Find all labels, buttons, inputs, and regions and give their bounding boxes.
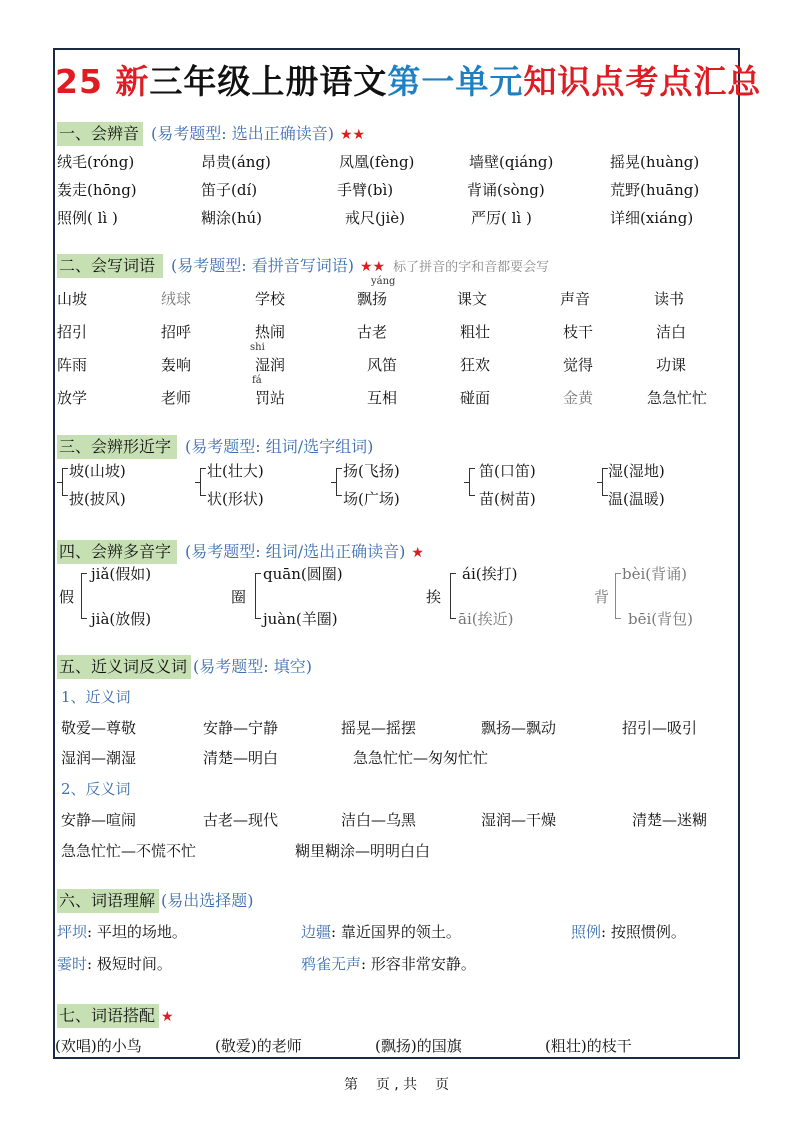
word-item: 风笛 <box>367 354 397 375</box>
title-part-year: 25 新 <box>55 62 149 101</box>
word-item: 绒毛(róng) <box>57 151 134 172</box>
title-part-summary: 知识点考点汇总 <box>523 62 761 101</box>
similar-char-item: 状(形状) <box>207 488 264 509</box>
brace-icon <box>81 573 87 619</box>
section5-header: 五、近义词反义词(易考题型: 填空) <box>57 655 312 679</box>
word-pair: 摇晃—摇摆 <box>341 717 416 738</box>
collocation-item: (粗壮)的枝干 <box>545 1035 632 1056</box>
polyphone-char: 假 <box>59 586 74 607</box>
word-pair: 湿润—干燥 <box>481 809 556 830</box>
definition-term: 鸦雀无声 <box>301 955 361 973</box>
word-item: 轰响 <box>161 354 191 375</box>
definition-term: 霎时 <box>57 955 87 973</box>
section3-hint: (易考题型: 组词/选字组词) <box>185 437 373 456</box>
polyphone-reading: jiǎ(假如) <box>91 563 151 584</box>
title-part-unit: 第一单元 <box>387 62 523 101</box>
word-item: 古老 <box>357 321 387 342</box>
section1-hint: (易考题型: 选出正确读音) <box>151 124 334 143</box>
similar-char-item: 温(温暖) <box>608 488 665 509</box>
word-item: 读书 <box>654 288 684 309</box>
brace-tick <box>57 482 63 483</box>
word-pair: 安静—喧闹 <box>61 809 136 830</box>
section7-label: 七、词语搭配 <box>57 1004 159 1028</box>
section1-header: 一、会辨音(易考题型: 选出正确读音)★★ <box>57 122 365 146</box>
word-item: 轰走(hōng) <box>57 179 137 200</box>
section2-hint: (易考题型: 看拼音写词语) <box>171 256 354 275</box>
word-item: 声音 <box>560 288 590 309</box>
collocation-item: (敬爱)的老师 <box>215 1035 302 1056</box>
section5-label: 五、近义词反义词 <box>57 655 191 679</box>
polyphone-char: 挨 <box>426 586 441 607</box>
word-item: 金黄 <box>563 387 593 408</box>
word-item: 绒球 <box>161 288 191 309</box>
section5-hint: (易考题型: 填空) <box>193 657 312 676</box>
word-item: 昂贵(áng) <box>201 151 271 172</box>
word-item: 湿润 <box>255 354 285 375</box>
section1-label: 一、会辨音 <box>57 122 143 146</box>
word-item: 严厉( lì ) <box>471 207 532 228</box>
section2-note: 标了拼音的字和音都要会写 <box>393 260 549 275</box>
pinyin-annotation: yáng <box>371 276 395 287</box>
word-pair: 敬爱—尊敬 <box>61 717 136 738</box>
section4-label: 四、会辨多音字 <box>57 540 177 564</box>
word-item: 枝干 <box>563 321 593 342</box>
section2-label: 二、会写词语 <box>57 254 163 278</box>
polyphone-reading: bèi(背诵) <box>622 563 687 584</box>
word-pair: 古老—现代 <box>203 809 278 830</box>
title-part-grade: 三年级上册语文 <box>149 62 387 101</box>
similar-char-item: 坡(山坡) <box>69 460 126 481</box>
brace-tick <box>464 482 470 483</box>
word-pair: 清楚—明白 <box>203 747 278 768</box>
polyphone-reading: āi(挨近) <box>458 608 513 629</box>
definition-term: 坪坝 <box>57 923 87 941</box>
word-item: 详细(xiáng) <box>610 207 693 228</box>
star-icon: ★ <box>161 1009 174 1025</box>
star-icon: ★ <box>411 545 424 561</box>
word-item: 罚站 <box>255 387 285 408</box>
word-item: 飘扬 <box>357 288 387 309</box>
word-item: 狂欢 <box>460 354 490 375</box>
word-item: 荒野(huāng) <box>610 179 699 200</box>
similar-char-item: 场(广场) <box>343 488 400 509</box>
word-pair: 糊里糊涂—明明白白 <box>295 840 430 861</box>
word-item: 学校 <box>255 288 285 309</box>
brace-tick <box>195 482 201 483</box>
word-pair: 洁白—乌黑 <box>341 809 416 830</box>
page-title: 25 新三年级上册语文第一单元知识点考点汇总 <box>55 56 738 103</box>
word-item: 手臂(bì) <box>337 179 393 200</box>
word-item: 洁白 <box>656 321 686 342</box>
similar-char-item: 湿(湿地) <box>608 460 665 481</box>
similar-char-item: 壮(壮大) <box>207 460 264 481</box>
polyphone-reading: jià(放假) <box>91 608 151 629</box>
word-item: 粗壮 <box>460 321 490 342</box>
definition-text: : 极短时间。 <box>87 955 172 973</box>
brace-tick <box>331 482 337 483</box>
polyphone-reading: bēi(背包) <box>628 608 693 629</box>
brace-icon <box>450 573 456 619</box>
word-item: 热闹 <box>255 321 285 342</box>
similar-char-item: 苗(树苗) <box>479 488 536 509</box>
word-pair: 急急忙忙—不慌不忙 <box>61 840 196 861</box>
word-item: 急急忙忙 <box>647 387 707 408</box>
section6-label: 六、词语理解 <box>57 889 159 913</box>
word-item: 笛子(dí) <box>201 179 257 200</box>
page-footer: 第 页 , 共 页 <box>0 1074 793 1094</box>
brace-tick <box>597 482 603 483</box>
collocation-item: (欢唱)的小鸟 <box>55 1035 142 1056</box>
word-item: 碰面 <box>460 387 490 408</box>
word-item: 功课 <box>656 354 686 375</box>
star-icon: ★★ <box>340 127 365 143</box>
definition-term: 照例 <box>571 923 601 941</box>
section6-hint: (易出选择题) <box>161 891 254 910</box>
document-frame: 25 新三年级上册语文第一单元知识点考点汇总 一、会辨音(易考题型: 选出正确读… <box>53 48 740 1059</box>
polyphone-reading: ái(挨打) <box>462 563 517 584</box>
pinyin-annotation: shi <box>250 342 265 353</box>
section4-hint: (易考题型: 组词/选出正确读音) <box>185 542 405 561</box>
section7-header: 七、词语搭配★ <box>57 1004 174 1028</box>
section4-header: 四、会辨多音字(易考题型: 组词/选出正确读音)★ <box>57 540 424 564</box>
section6-header: 六、词语理解(易出选择题) <box>57 889 254 913</box>
brace-icon <box>255 573 261 619</box>
polyphone-char: 背 <box>594 586 609 607</box>
word-pair: 清楚—迷糊 <box>632 809 707 830</box>
word-pair: 湿润—潮湿 <box>61 747 136 768</box>
word-pair: 招引—吸引 <box>622 717 697 738</box>
similar-char-item: 扬(飞扬) <box>343 460 400 481</box>
brace-icon <box>615 573 621 619</box>
word-item: 互相 <box>367 387 397 408</box>
word-item: 戒尺(jiè) <box>345 207 405 228</box>
similar-char-item: 披(披风) <box>69 488 126 509</box>
similar-char-item: 笛(口笛) <box>479 460 536 481</box>
word-item: 墙壁(qiáng) <box>469 151 553 172</box>
definition-text: : 平坦的场地。 <box>87 923 187 941</box>
word-item: 觉得 <box>563 354 593 375</box>
word-item: 背诵(sòng) <box>467 179 545 200</box>
word-item: 放学 <box>57 387 87 408</box>
star-icon: ★★ <box>360 259 385 275</box>
word-pair: 急急忙忙—匆匆忙忙 <box>353 747 488 768</box>
word-item: 招呼 <box>161 321 191 342</box>
section3-label: 三、会辨形近字 <box>57 435 177 459</box>
word-item: 老师 <box>161 387 191 408</box>
word-pair: 安静—宁静 <box>203 717 278 738</box>
word-item: 糊涂(hú) <box>201 207 262 228</box>
polyphone-reading: juàn(羊圈) <box>263 608 338 629</box>
polyphone-reading: quān(圆圈) <box>263 563 343 584</box>
definition-text: : 按照惯例。 <box>601 923 686 941</box>
word-item: 山坡 <box>57 288 87 309</box>
definition-term: 边疆 <box>301 923 331 941</box>
polyphone-char: 圈 <box>231 586 246 607</box>
collocation-item: (飘扬)的国旗 <box>375 1035 462 1056</box>
word-item: 摇晃(huàng) <box>610 151 699 172</box>
synonyms-subheading: 1、近义词 <box>61 686 131 707</box>
word-item: 凤凰(fèng) <box>339 151 414 172</box>
word-item: 课文 <box>457 288 487 309</box>
section3-header: 三、会辨形近字(易考题型: 组词/选字组词) <box>57 435 373 459</box>
word-item: 阵雨 <box>57 354 87 375</box>
word-item: 照例( lì ) <box>57 207 118 228</box>
pinyin-annotation: fá <box>252 375 262 386</box>
word-item: 招引 <box>57 321 87 342</box>
antonyms-subheading: 2、反义词 <box>61 778 131 799</box>
section2-header: 二、会写词语(易考题型: 看拼音写词语)★★标了拼音的字和音都要会写 <box>57 254 549 278</box>
definition-text: : 靠近国界的领土。 <box>331 923 461 941</box>
word-pair: 飘扬—飘动 <box>481 717 556 738</box>
definition-text: : 形容非常安静。 <box>361 955 476 973</box>
